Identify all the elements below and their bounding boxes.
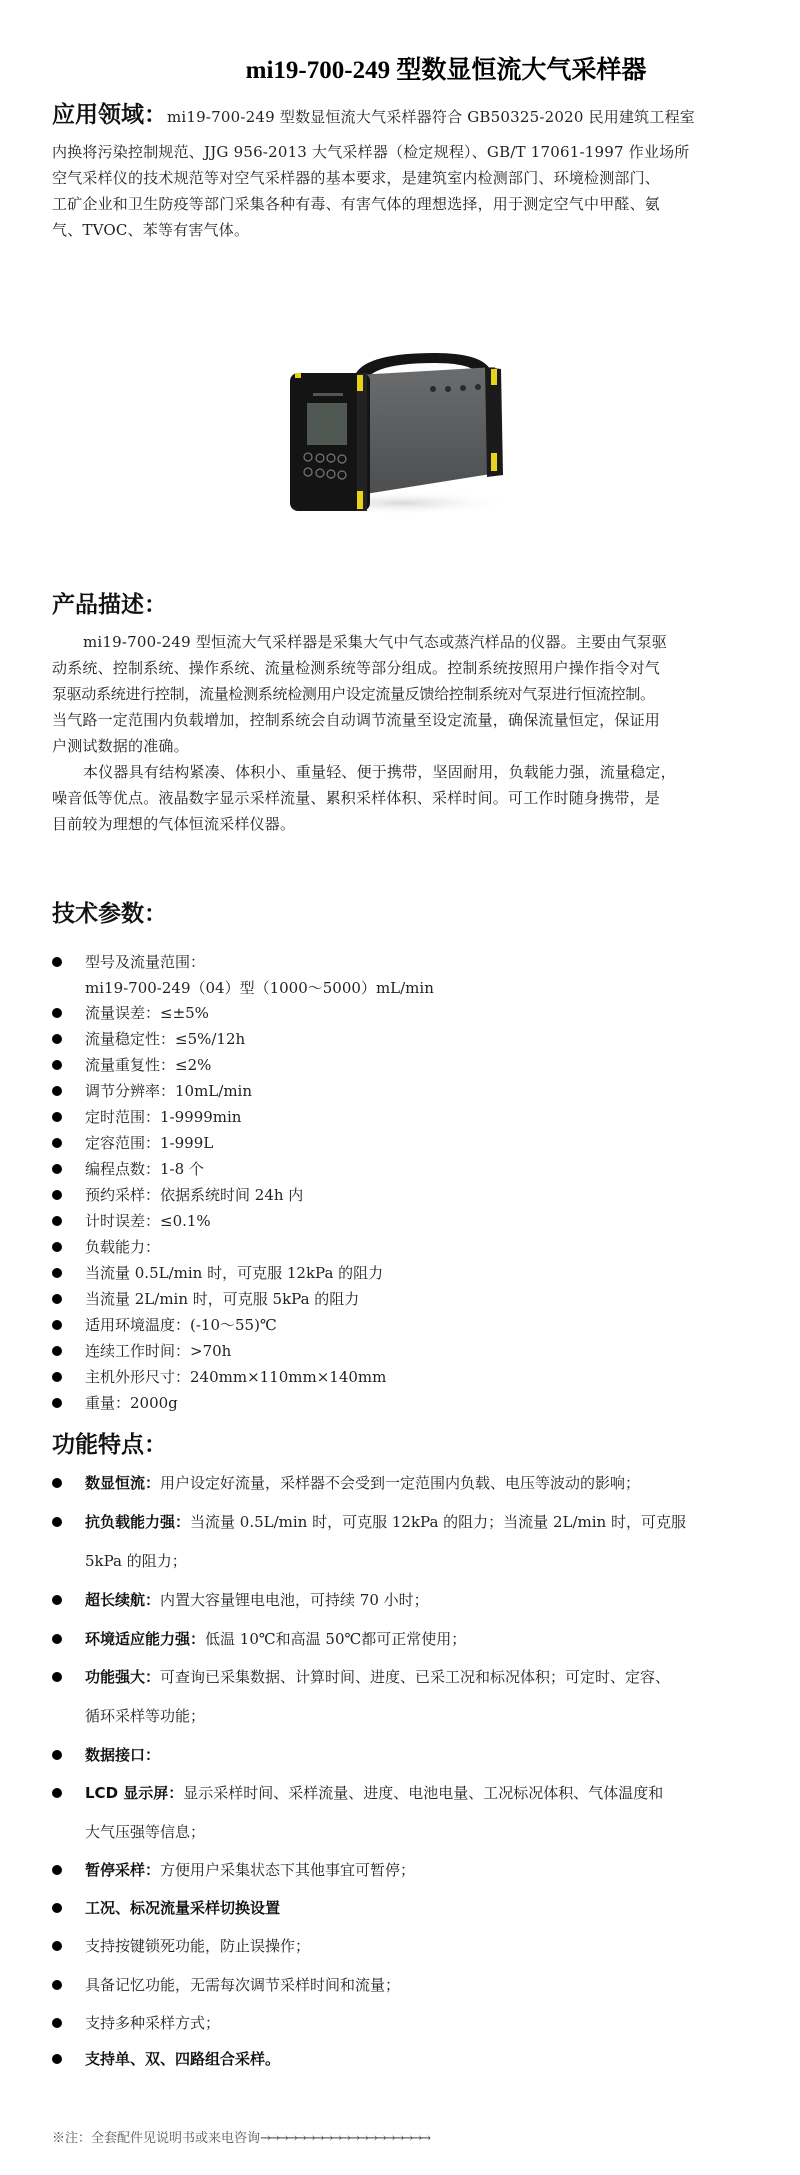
spec-item: 负载能力：: [85, 1237, 160, 1257]
application-line: 内换将污染控制规范、JJG 956-2013 大气采样器（检定规程）、GB/T …: [52, 139, 689, 165]
bullet-icon: [52, 1398, 62, 1408]
bullet-icon: [52, 1190, 62, 1200]
spec-item: 定时范围：1-9999min: [85, 1107, 241, 1127]
bullet-icon: [52, 1034, 62, 1044]
feature-label: LCD 显示屏：: [85, 1784, 183, 1802]
spec-item: 流量误差：≤±5%: [85, 1003, 209, 1023]
application-section: 应用领域：mi19-700-249 型数显恒流大气采样器符合 GB50325-2…: [52, 100, 752, 132]
bullet-icon: [52, 1086, 62, 1096]
feature-label: 工况、标况流量采样切换设置: [85, 1899, 280, 1917]
bullet-icon: [52, 1008, 62, 1018]
feature-item: 抗负载能力强：当流量 0.5L/min 时，可克服 12kPa 的阻力；当流量 …: [85, 1512, 686, 1532]
application-line: 气、TVOC、苯等有害气体。: [52, 217, 249, 243]
bullet-icon: [52, 2018, 62, 2028]
feature-text: 具备记忆功能，无需每次调节采样时间和流量；: [85, 1976, 400, 1994]
bullet-icon: [52, 1672, 62, 1682]
spec-item: 调节分辨率：10mL/min: [85, 1081, 252, 1101]
feature-continuation: 大气压强等信息；: [85, 1822, 205, 1842]
bullet-icon: [52, 1750, 62, 1760]
feature-text: 可查询已采集数据、计算时间、进度、已采工况和标况体积；可定时、定容、: [160, 1668, 670, 1686]
specs-heading: 技术参数：: [52, 895, 167, 928]
feature-label: 数据接口：: [85, 1746, 160, 1764]
spec-item: 适用环境温度：(-10～55)℃: [85, 1315, 277, 1335]
feature-item: 支持多种采样方式；: [85, 2013, 220, 2033]
spec-item: 定容范围：1-999L: [85, 1133, 213, 1153]
feature-label: 暂停采样：: [85, 1861, 160, 1879]
bullet-icon: [52, 1788, 62, 1798]
bullet-icon: [52, 1372, 62, 1382]
description-line: mi19-700-249 型恒流大气采样器是采集大气中气态或蒸汽样品的仪器。主要…: [83, 629, 667, 655]
application-line: 工矿企业和卫生防疫等部门采集各种有毒、有害气体的理想选择，用于测定空气中甲醛、氨: [52, 191, 660, 217]
bullet-icon: [52, 1294, 62, 1304]
application-heading: 应用领域：: [52, 102, 167, 128]
bullet-icon: [52, 2054, 62, 2064]
bullet-icon: [52, 1112, 62, 1122]
product-image: [285, 335, 515, 520]
feature-text: 支持多种采样方式；: [85, 2014, 220, 2032]
spec-item: 连续工作时间：>70h: [85, 1341, 231, 1361]
bullet-icon: [52, 1138, 62, 1148]
bullet-icon: [52, 1595, 62, 1605]
feature-continuation: 5kPa 的阻力；: [85, 1551, 187, 1571]
bullet-icon: [52, 1634, 62, 1644]
spec-item: 当流量 2L/min 时，可克服 5kPa 的阻力: [85, 1289, 359, 1309]
bullet-icon: [52, 957, 62, 967]
spec-item: 当流量 0.5L/min 时，可克服 12kPa 的阻力: [85, 1263, 383, 1283]
bullet-icon: [52, 1865, 62, 1875]
spec-item: 预约采样：依据系统时间 24h 内: [85, 1185, 303, 1205]
spec-item: 编程点数：1-8 个: [85, 1159, 204, 1179]
bullet-icon: [52, 1478, 62, 1488]
feature-text: 显示采样时间、采样流量、进度、电池电量、工况标况体积、气体温度和: [183, 1784, 663, 1802]
description-line: 噪音低等优点。液晶数字显示采样流量、累积采样体积、采样时间。可工作时随身携带，是: [52, 785, 660, 811]
bullet-icon: [52, 1216, 62, 1226]
feature-label: 抗负载能力强：: [85, 1513, 190, 1531]
bullet-icon: [52, 1941, 62, 1951]
feature-text: 用户设定好流量，采样器不会受到一定范围内负载、电压等波动的影响；: [160, 1474, 640, 1492]
application-line: 空气采样仪的技术规范等对空气采样器的基本要求，是建筑室内检测部门、环境检测部门、: [52, 165, 660, 191]
description-line: 动系统、控制系统、操作系统、流量检测系统等部分组成。控制系统按照用户操作指令对气: [52, 655, 660, 681]
feature-item: 数显恒流：用户设定好流量，采样器不会受到一定范围内负载、电压等波动的影响；: [85, 1473, 640, 1493]
bullet-icon: [52, 1517, 62, 1527]
feature-label: 数显恒流：: [85, 1474, 160, 1492]
feature-item: 环境适应能力强：低温 10℃和高温 50℃都可正常使用；: [85, 1629, 466, 1649]
feature-item: 功能强大：可查询已采集数据、计算时间、进度、已采工况和标况体积；可定时、定容、: [85, 1667, 670, 1687]
bullet-icon: [52, 1268, 62, 1278]
description-line: 目前较为理想的气体恒流采样仪器。: [52, 811, 295, 837]
feature-continuation: 循环采样等功能；: [85, 1706, 205, 1726]
feature-item: 数据接口：: [85, 1745, 160, 1765]
bullet-icon: [52, 1320, 62, 1330]
page-title: mi19-700-249 型数显恒流大气采样器: [0, 50, 800, 86]
feature-item: 暂停采样：方便用户采集状态下其他事宜可暂停；: [85, 1860, 415, 1880]
spec-item: 主机外形尺寸：240mm×110mm×140mm: [85, 1367, 386, 1387]
bullet-icon: [52, 1903, 62, 1913]
feature-label: 功能强大：: [85, 1668, 160, 1686]
bullet-icon: [52, 1060, 62, 1070]
description-line: 泵驱动系统进行控制，流量检测系统检测用户设定流量反馈给控制系统对气泵进行恒流控制…: [52, 681, 655, 707]
feature-text: 方便用户采集状态下其他事宜可暂停；: [160, 1861, 415, 1879]
spec-item: 流量重复性：≤2%: [85, 1055, 211, 1075]
footer-note: ※注：全套配件见说明书或来电咨询→→→→→→→→→→→→→→→→→→→: [52, 2127, 429, 2146]
spec-item: 计时误差：≤0.1%: [85, 1211, 211, 1231]
feature-label: 超长续航：: [85, 1591, 160, 1609]
feature-item: LCD 显示屏：显示采样时间、采样流量、进度、电池电量、工况标况体积、气体温度和: [85, 1783, 663, 1803]
feature-text: 支持按键锁死功能，防止误操作；: [85, 1937, 310, 1955]
feature-item: 工况、标况流量采样切换设置: [85, 1898, 280, 1918]
application-first-line: mi19-700-249 型数显恒流大气采样器符合 GB50325-2020 民…: [167, 108, 695, 126]
spec-item: 重量：2000g: [85, 1393, 178, 1413]
bullet-icon: [52, 1980, 62, 1990]
feature-label: 支持单、双、四路组合采样。: [85, 2050, 280, 2068]
feature-text: 低温 10℃和高温 50℃都可正常使用；: [205, 1630, 466, 1648]
arrow-icons: →→→→→→→→→→→→→→→→→→→: [260, 2131, 429, 2146]
spec-item: 型号及流量范围：: [85, 952, 205, 972]
feature-label: 环境适应能力强：: [85, 1630, 205, 1648]
description-line: 当气路一定范围内负载增加，控制系统会自动调节流量至设定流量，确保流量恒定，保证用: [52, 707, 660, 733]
spec-item: 流量稳定性：≤5%/12h: [85, 1029, 245, 1049]
note-text: ※注：全套配件见说明书或来电咨询: [52, 2131, 260, 2146]
feature-text: 内置大容量锂电电池，可持续 70 小时；: [160, 1591, 429, 1609]
features-heading: 功能特点：: [52, 1426, 167, 1459]
bullet-icon: [52, 1346, 62, 1356]
description-line: 本仪器具有结构紧凑、体积小、重量轻、便于携带，坚固耐用，负载能力强，流量稳定，: [83, 759, 676, 785]
feature-text: 当流量 0.5L/min 时，可克服 12kPa 的阻力；当流量 2L/min …: [190, 1513, 686, 1531]
feature-item: 支持单、双、四路组合采样。: [85, 2049, 280, 2069]
feature-item: 超长续航：内置大容量锂电电池，可持续 70 小时；: [85, 1590, 429, 1610]
bullet-icon: [52, 1164, 62, 1174]
feature-item: 支持按键锁死功能，防止误操作；: [85, 1936, 310, 1956]
bullet-icon: [52, 1242, 62, 1252]
description-heading: 产品描述：: [52, 586, 167, 619]
feature-item: 具备记忆功能，无需每次调节采样时间和流量；: [85, 1975, 400, 1995]
description-line: 户测试数据的准确。: [52, 733, 189, 759]
spec-item-sub: mi19-700-249（04）型（1000～5000）mL/min: [85, 978, 434, 998]
